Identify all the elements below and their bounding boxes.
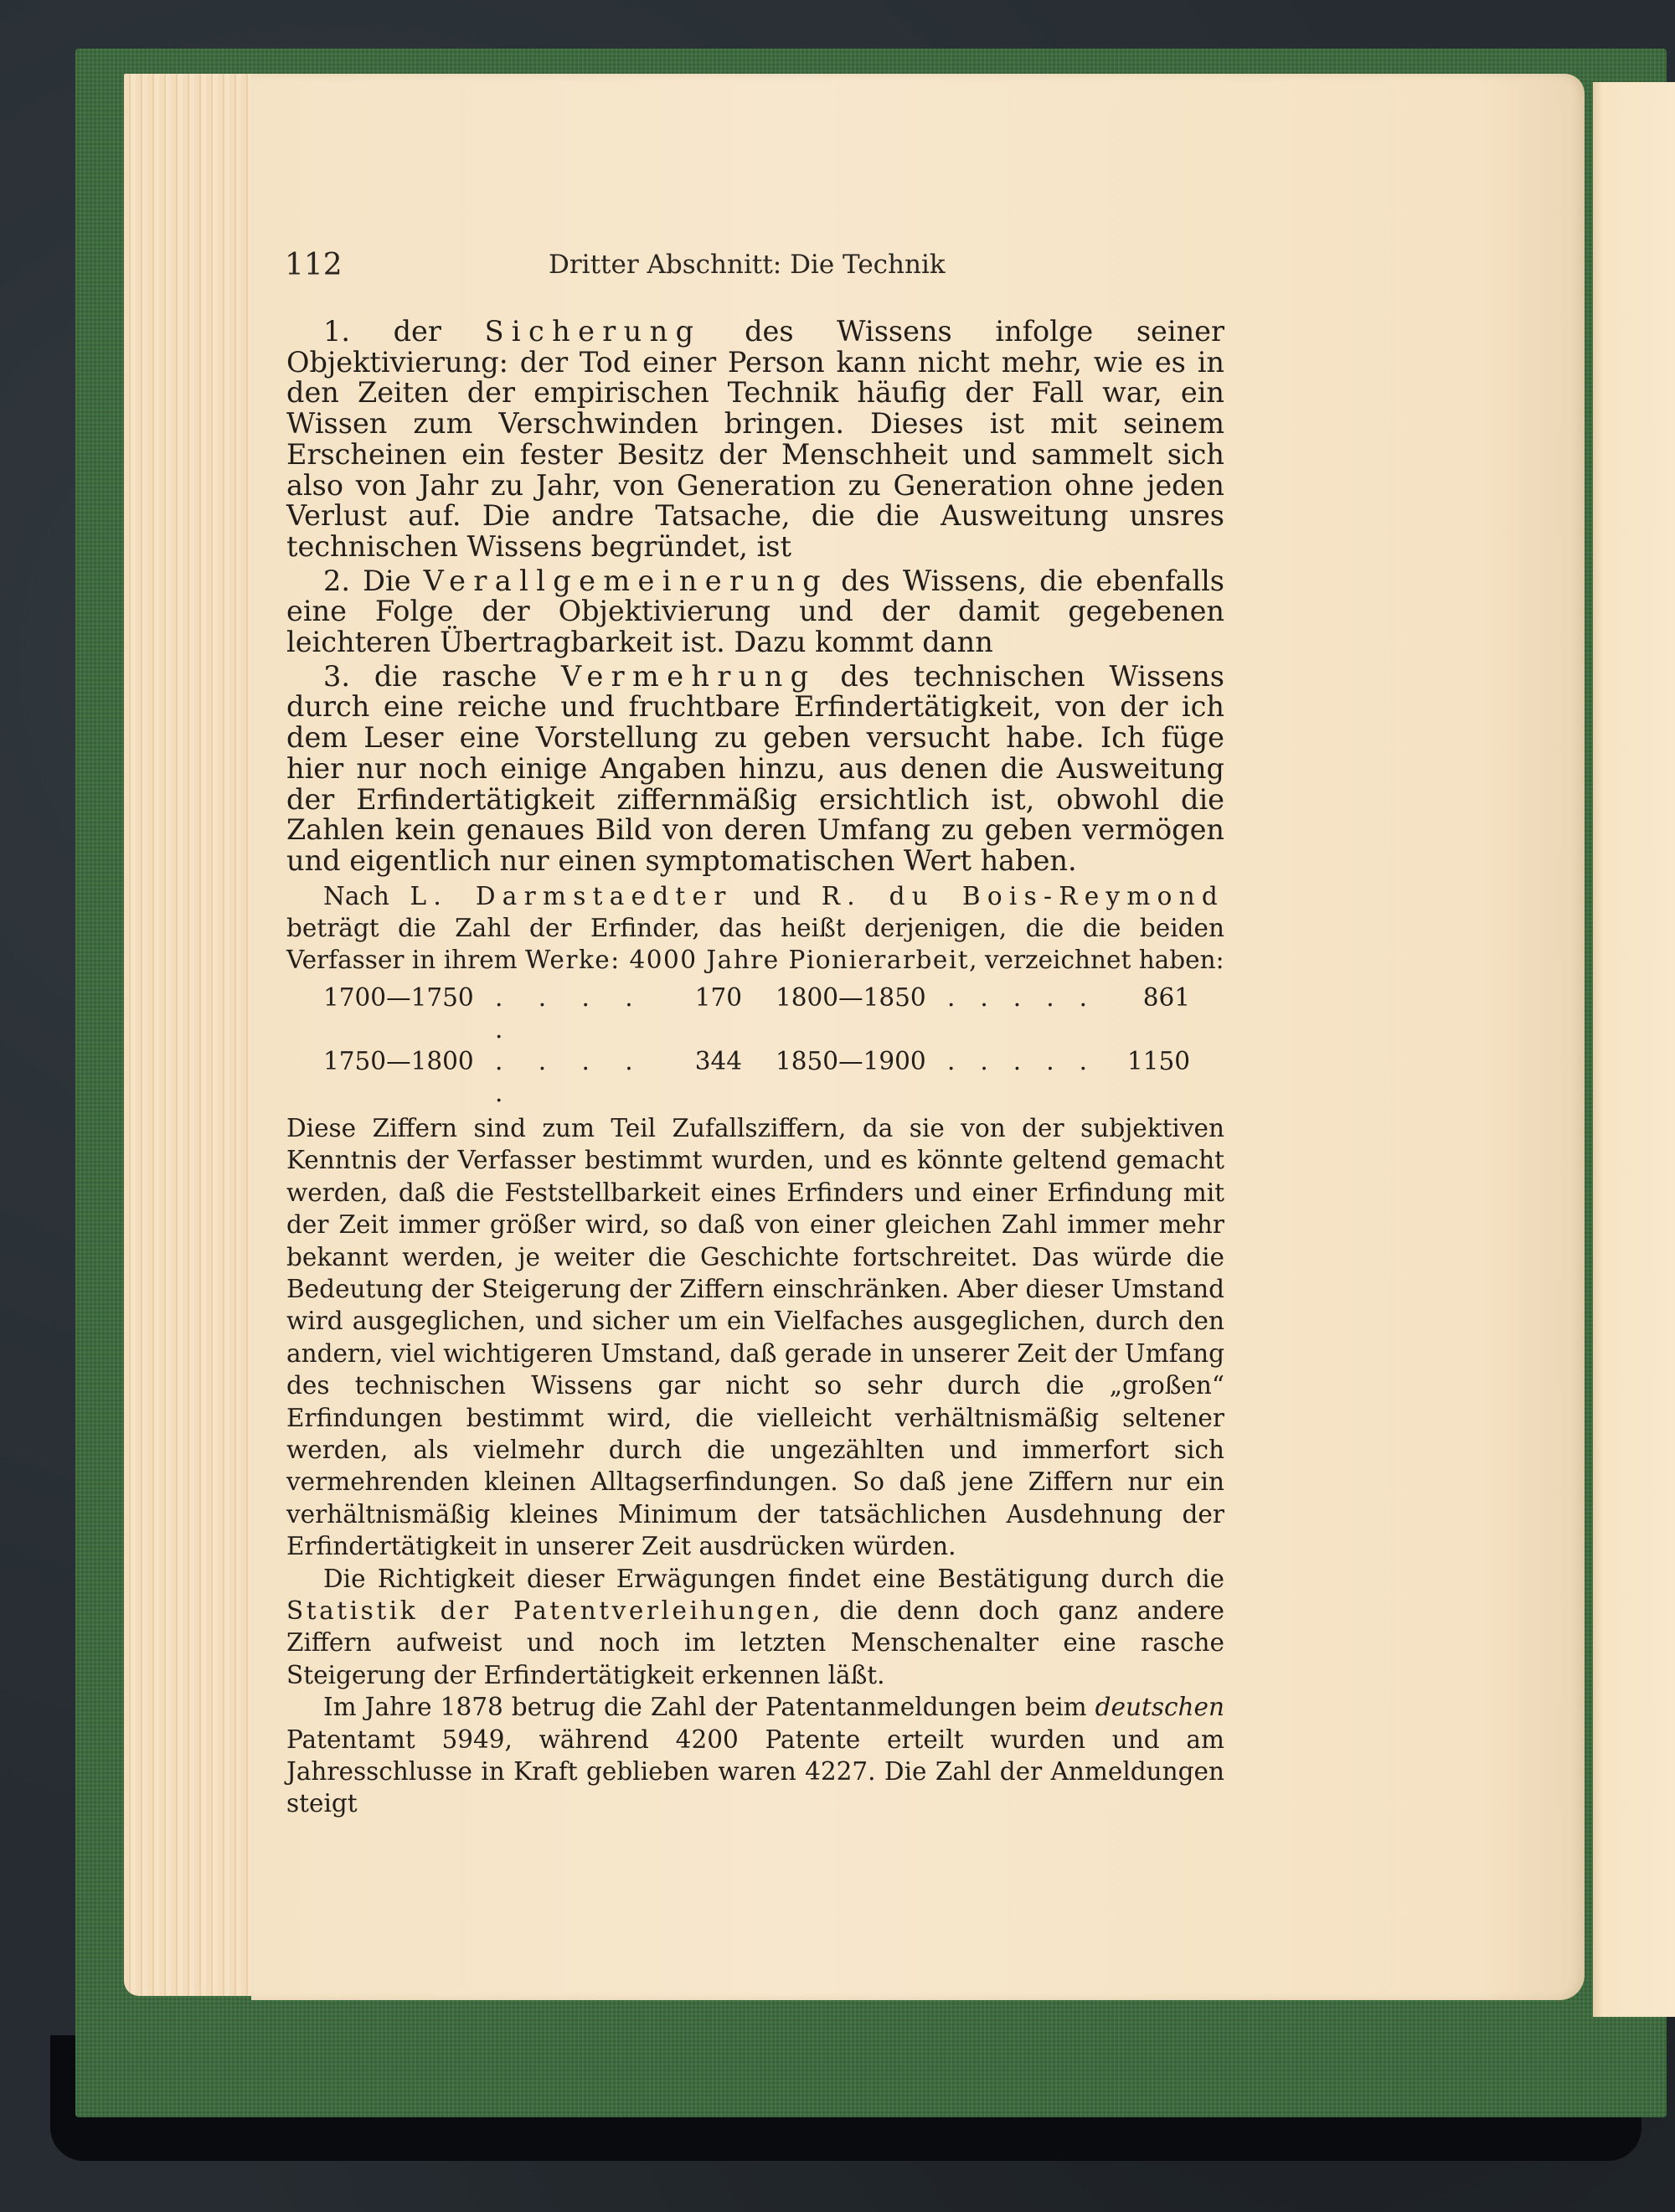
emphasis-spaced: Statistik der Patentverleihungen: [286, 1596, 812, 1625]
facing-page-edge: [1593, 82, 1675, 2017]
text-run: des technischen Wissens durch eine reich…: [286, 660, 1224, 877]
emphasis-italic: deutschen: [1095, 1693, 1224, 1721]
paragraph-darmstaedter: Nach L. Darmstaedter und R. du Bois-Reym…: [286, 880, 1224, 977]
running-head-title: Dritter Abschnitt: Die Technik: [549, 250, 946, 280]
table-row: 1700—1750 . . . . . 170 1800—1850 . . . …: [286, 982, 1224, 1045]
leader-dots: . . . . .: [495, 1045, 642, 1109]
text-run: und: [733, 882, 822, 910]
table-cell: 1750—1800 . . . . . 344: [286, 1045, 776, 1109]
period-label: 1800—1850: [776, 982, 947, 1045]
leader-dots: . . . . .: [947, 1045, 1106, 1109]
author-name: L. Darmstaedter: [410, 882, 733, 910]
table-cell: 1700—1750 . . . . . 170: [286, 982, 776, 1045]
inventor-count: 861: [1106, 982, 1190, 1045]
period-label: 1750—1800: [323, 1045, 495, 1109]
table-cell: 1800—1850 . . . . . 861: [776, 982, 1194, 1045]
inventor-count: 344: [642, 1045, 742, 1109]
page-edges-stack: [124, 74, 258, 1996]
table-cell: 1850—1900 . . . . . 1150: [776, 1045, 1194, 1109]
running-head: 112 Dritter Abschnitt: Die Technik: [0, 248, 1675, 290]
text-run: 1. der: [323, 315, 485, 348]
small-print-section: Nach L. Darmstaedter und R. du Bois-Reym…: [286, 880, 1224, 1820]
text-run: Die Richtigkeit dieser Erwägungen findet…: [323, 1565, 1224, 1593]
body-text: 1. der Sicherung des Wissens infolge sei…: [286, 317, 1224, 1820]
paragraph-zufallsziffern: Diese Ziffern sind zum Teil Zufallsziffe…: [286, 1112, 1224, 1563]
inventor-count: 170: [642, 982, 742, 1045]
emphasis-spaced: Vermehrung: [561, 660, 817, 693]
author-name: R. du Bois-Reymond: [822, 882, 1224, 910]
paragraph-verallgemeinerung: 2. Die Verallgemeinerung des Wissens, di…: [286, 566, 1224, 658]
leader-dots: . . . . .: [495, 982, 642, 1045]
inventor-count-table: 1700—1750 . . . . . 170 1800—1850 . . . …: [286, 982, 1224, 1109]
table-row: 1750—1800 . . . . . 344 1850—1900 . . . …: [286, 1045, 1224, 1109]
text-run: Patentamt 5949, während 4200 Patente ert…: [286, 1725, 1224, 1818]
text-run: 3. die rasche: [323, 660, 561, 693]
leader-dots: . . . . .: [947, 982, 1106, 1045]
paragraph-patentstatistik: Die Richtigkeit dieser Erwägungen findet…: [286, 1563, 1224, 1692]
text-run: Nach: [323, 882, 410, 910]
paragraph-sicherung: 1. der Sicherung des Wissens infolge sei…: [286, 317, 1224, 563]
emphasis-spaced: Verallgemeinerung: [424, 565, 828, 597]
emphasis-spaced: Sicherung: [485, 315, 702, 348]
paragraph-1878: Im Jahre 1878 betrug die Zahl der Patent…: [286, 1691, 1224, 1820]
page-number: 112: [285, 248, 343, 282]
period-label: 1700—1750: [323, 982, 495, 1045]
work-title: Werke: 4000 Jahre Pionierarbeit: [525, 946, 969, 974]
text-run: Im Jahre 1878 betrug die Zahl der Patent…: [323, 1693, 1095, 1721]
period-label: 1850—1900: [776, 1045, 947, 1109]
paragraph-vermehrung: 3. die rasche Vermehrung des technischen…: [286, 662, 1224, 877]
text-run: des Wissens infolge seiner Objektivierun…: [286, 315, 1224, 563]
text-run: 2. Die: [323, 565, 424, 597]
text-run: , verzeichnet haben:: [969, 946, 1224, 974]
inventor-count: 1150: [1106, 1045, 1190, 1109]
